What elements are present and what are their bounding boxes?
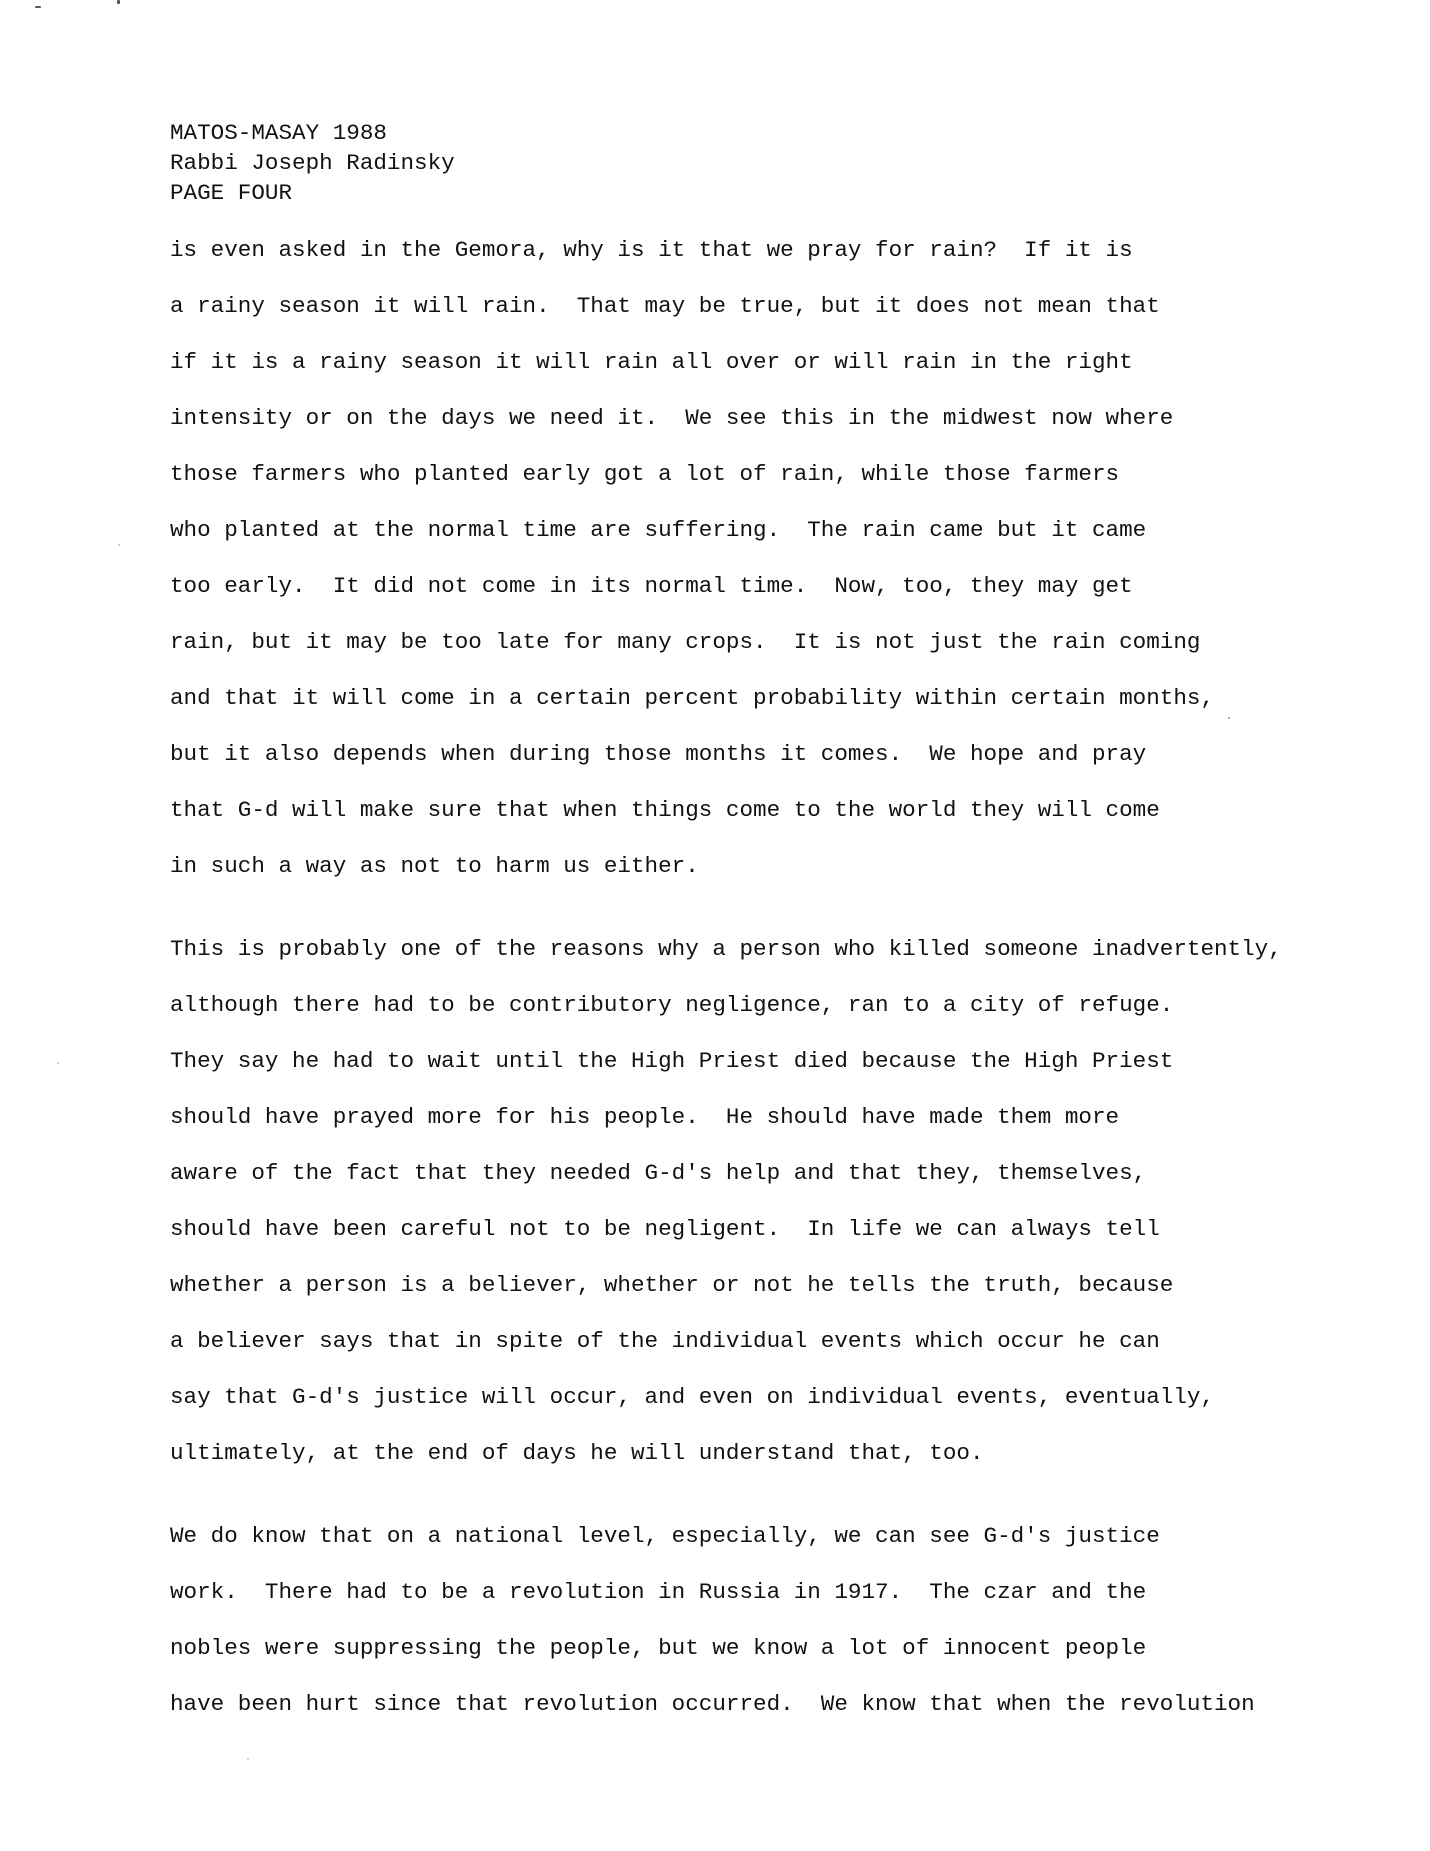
text-line: a rainy season it will rain. That may be… bbox=[170, 278, 1282, 334]
text-line: ultimately, at the end of days he will u… bbox=[170, 1425, 1282, 1481]
text-line: in such a way as not to harm us either. bbox=[170, 838, 1282, 894]
text-line: should have been careful not to be negli… bbox=[170, 1201, 1282, 1257]
document-author: Rabbi Joseph Radinsky bbox=[170, 148, 455, 178]
scan-speck bbox=[117, 0, 120, 4]
text-line: have been hurt since that revolution occ… bbox=[170, 1676, 1282, 1732]
text-line: They say he had to wait until the High P… bbox=[170, 1033, 1282, 1089]
text-line: is even asked in the Gemora, why is it t… bbox=[170, 222, 1282, 278]
paragraph: This is probably one of the reasons why … bbox=[170, 921, 1282, 1481]
scan-speck bbox=[35, 6, 41, 8]
document-page: MATOS-MASAY 1988 Rabbi Joseph Radinsky P… bbox=[0, 0, 1430, 1851]
text-line: intensity or on the days we need it. We … bbox=[170, 390, 1282, 446]
text-line: and that it will come in a certain perce… bbox=[170, 670, 1282, 726]
text-line: nobles were suppressing the people, but … bbox=[170, 1620, 1282, 1676]
text-line: but it also depends when during those mo… bbox=[170, 726, 1282, 782]
paragraph: We do know that on a national level, esp… bbox=[170, 1508, 1282, 1732]
text-line: that G-d will make sure that when things… bbox=[170, 782, 1282, 838]
document-title: MATOS-MASAY 1988 bbox=[170, 118, 455, 148]
text-line: if it is a rainy season it will rain all… bbox=[170, 334, 1282, 390]
text-line: rain, but it may be too late for many cr… bbox=[170, 614, 1282, 670]
text-line: aware of the fact that they needed G-d's… bbox=[170, 1145, 1282, 1201]
text-line: a believer says that in spite of the ind… bbox=[170, 1313, 1282, 1369]
text-line: too early. It did not come in its normal… bbox=[170, 558, 1282, 614]
text-line: should have prayed more for his people. … bbox=[170, 1089, 1282, 1145]
scan-speck bbox=[118, 544, 120, 546]
document-header: MATOS-MASAY 1988 Rabbi Joseph Radinsky P… bbox=[170, 118, 455, 208]
text-line: work. There had to be a revolution in Ru… bbox=[170, 1564, 1282, 1620]
text-line: although there had to be contributory ne… bbox=[170, 977, 1282, 1033]
paragraph: is even asked in the Gemora, why is it t… bbox=[170, 222, 1282, 894]
text-line: This is probably one of the reasons why … bbox=[170, 921, 1282, 977]
text-line: We do know that on a national level, esp… bbox=[170, 1508, 1282, 1564]
scan-speck bbox=[57, 1062, 59, 1064]
text-line: those farmers who planted early got a lo… bbox=[170, 446, 1282, 502]
document-body: is even asked in the Gemora, why is it t… bbox=[170, 222, 1282, 1759]
page-label: PAGE FOUR bbox=[170, 178, 455, 208]
text-line: say that G-d's justice will occur, and e… bbox=[170, 1369, 1282, 1425]
text-line: whether a person is a believer, whether … bbox=[170, 1257, 1282, 1313]
text-line: who planted at the normal time are suffe… bbox=[170, 502, 1282, 558]
